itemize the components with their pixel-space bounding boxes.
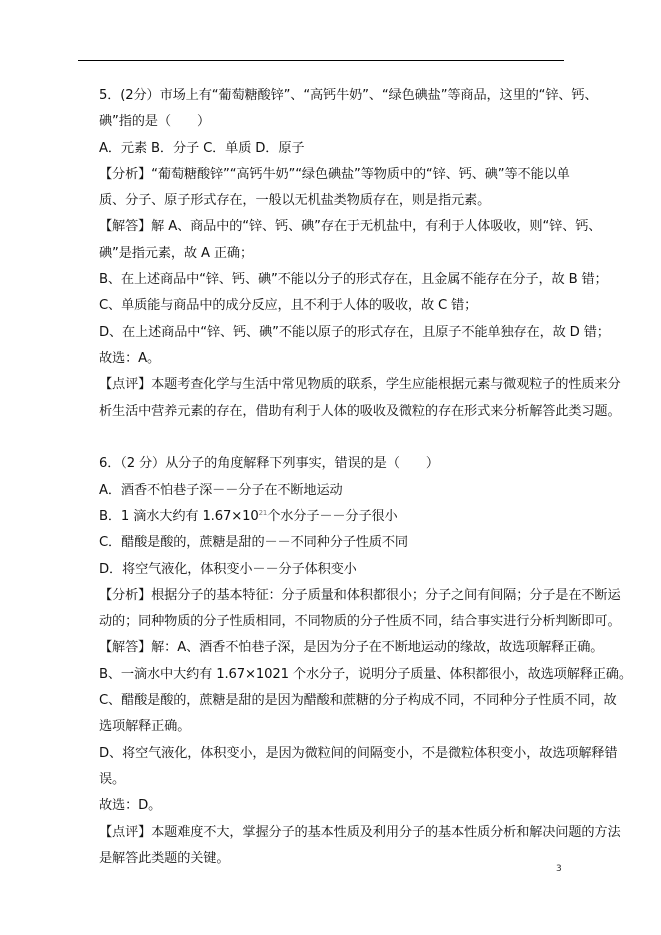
comment-line: 【点评】本题难度不大，掌握分子的基本性质及利用分子的基本性质分析和解决问题的方法 xyxy=(99,820,574,846)
answer-line: 故选：D。 xyxy=(99,793,574,819)
option-d: D．将空气液化，体积变小－－分子体积变小 xyxy=(99,557,574,583)
answer-line: 【解答】解：A、酒香不怕巷子深，是因为分子在不断地运动的缘故，故选项解释正确。 xyxy=(99,635,574,661)
answer-line: D、在上述商品中“锌、钙、碘”不能以原子的形式存在，且原子不能单独存在，故 D … xyxy=(99,320,574,346)
question-5: 5．(2分）市场上有“葡萄糖酸锌”、“高钙牛奶”、“绿色碘盐”等商品，这里的“锌… xyxy=(99,83,574,425)
page-content: 5．(2分）市场上有“葡萄糖酸锌”、“高钙牛奶”、“绿色碘盐”等商品，这里的“锌… xyxy=(99,83,574,872)
answer-line: 选项解释正确。 xyxy=(99,714,574,740)
option-b-prefix: B．1 滴水大约有 1.67×10 xyxy=(99,509,259,524)
option-b: B．1 滴水大约有 1.67×1021个水分子－－分子很小 xyxy=(99,504,574,530)
answer-line: 【解答】解 A、商品中的“锌、钙、碘”存在于无机盐中，有利于人体吸收，则“锌、钙… xyxy=(99,214,574,240)
answer-line: B、一滴水中大约有 1.67×1021 个水分子，说明分子质量、体积都很小，故选… xyxy=(99,662,574,688)
comment-line: 【点评】本题考查化学与生活中常见物质的联系，学生应能根据元素与微观粒子的性质来分 xyxy=(99,372,574,398)
question-6: 6．（2 分）从分子的角度解释下列事实，错误的是（ ） A．酒香不怕巷子深－－分… xyxy=(99,451,574,872)
question-stem-line: 6．（2 分）从分子的角度解释下列事实，错误的是（ ） xyxy=(99,451,574,477)
answer-line: 故选：A。 xyxy=(99,346,574,372)
question-stem-line: 碘”指的是（ ） xyxy=(99,109,574,135)
answer-line: 碘”是指元素，故 A 正确； xyxy=(99,241,574,267)
comment-line: 析生活中营养元素的存在，借助有利于人体的吸收及微粒的存在形式来分析解答此类习题。 xyxy=(99,399,574,425)
analysis-line: 【分析】“葡萄糖酸锌”“高钙牛奶”“绿色碘盐”等物质中的“锌、钙、碘”等不能以单 xyxy=(99,162,574,188)
answer-line: B、在上述商品中“锌、钙、碘”不能以分子的形式存在，且金属不能存在分子，故 B … xyxy=(99,267,574,293)
header-rule xyxy=(78,60,564,61)
answer-line: C、醋酸是酸的，蔗糖是甜的是因为醋酸和蔗糖的分子构成不同，不同种分子性质不同，故 xyxy=(99,688,574,714)
analysis-line: 动的；同种物质的分子性质相同，不同物质的分子性质不同，结合事实进行分析判断即可。 xyxy=(99,609,574,635)
answer-line: D、将空气液化，体积变小，是因为微粒间的间隔变小，不是微粒体积变小，故选项解释错 xyxy=(99,741,574,767)
option-a: A．酒香不怕巷子深－－分子在不断地运动 xyxy=(99,478,574,504)
option-b-suffix: 个水分子－－分子很小 xyxy=(267,509,397,524)
question-options: A．元素 B．分子 C．单质 D．原子 xyxy=(99,136,574,162)
option-b-exponent: 21 xyxy=(259,509,268,517)
answer-line: C、单质能与商品中的成分反应，且不利于人体的吸收，故 C 错； xyxy=(99,293,574,319)
analysis-line: 【分析】根据分子的基本特征：分子质量和体积都很小；分子之间有间隔；分子是在不断运 xyxy=(99,583,574,609)
page-number: 3 xyxy=(556,864,562,874)
question-gap xyxy=(99,425,574,452)
option-c: C．醋酸是酸的，蔗糖是甜的－－不同种分子性质不同 xyxy=(99,530,574,556)
question-stem-line: 5．(2分）市场上有“葡萄糖酸锌”、“高钙牛奶”、“绿色碘盐”等商品，这里的“锌… xyxy=(99,83,574,109)
comment-line: 是解答此类题的关键。 xyxy=(99,846,574,872)
answer-line: 误。 xyxy=(99,767,574,793)
analysis-line: 质、分子、原子形式存在，一般以无机盐类物质存在，则是指元素。 xyxy=(99,188,574,214)
